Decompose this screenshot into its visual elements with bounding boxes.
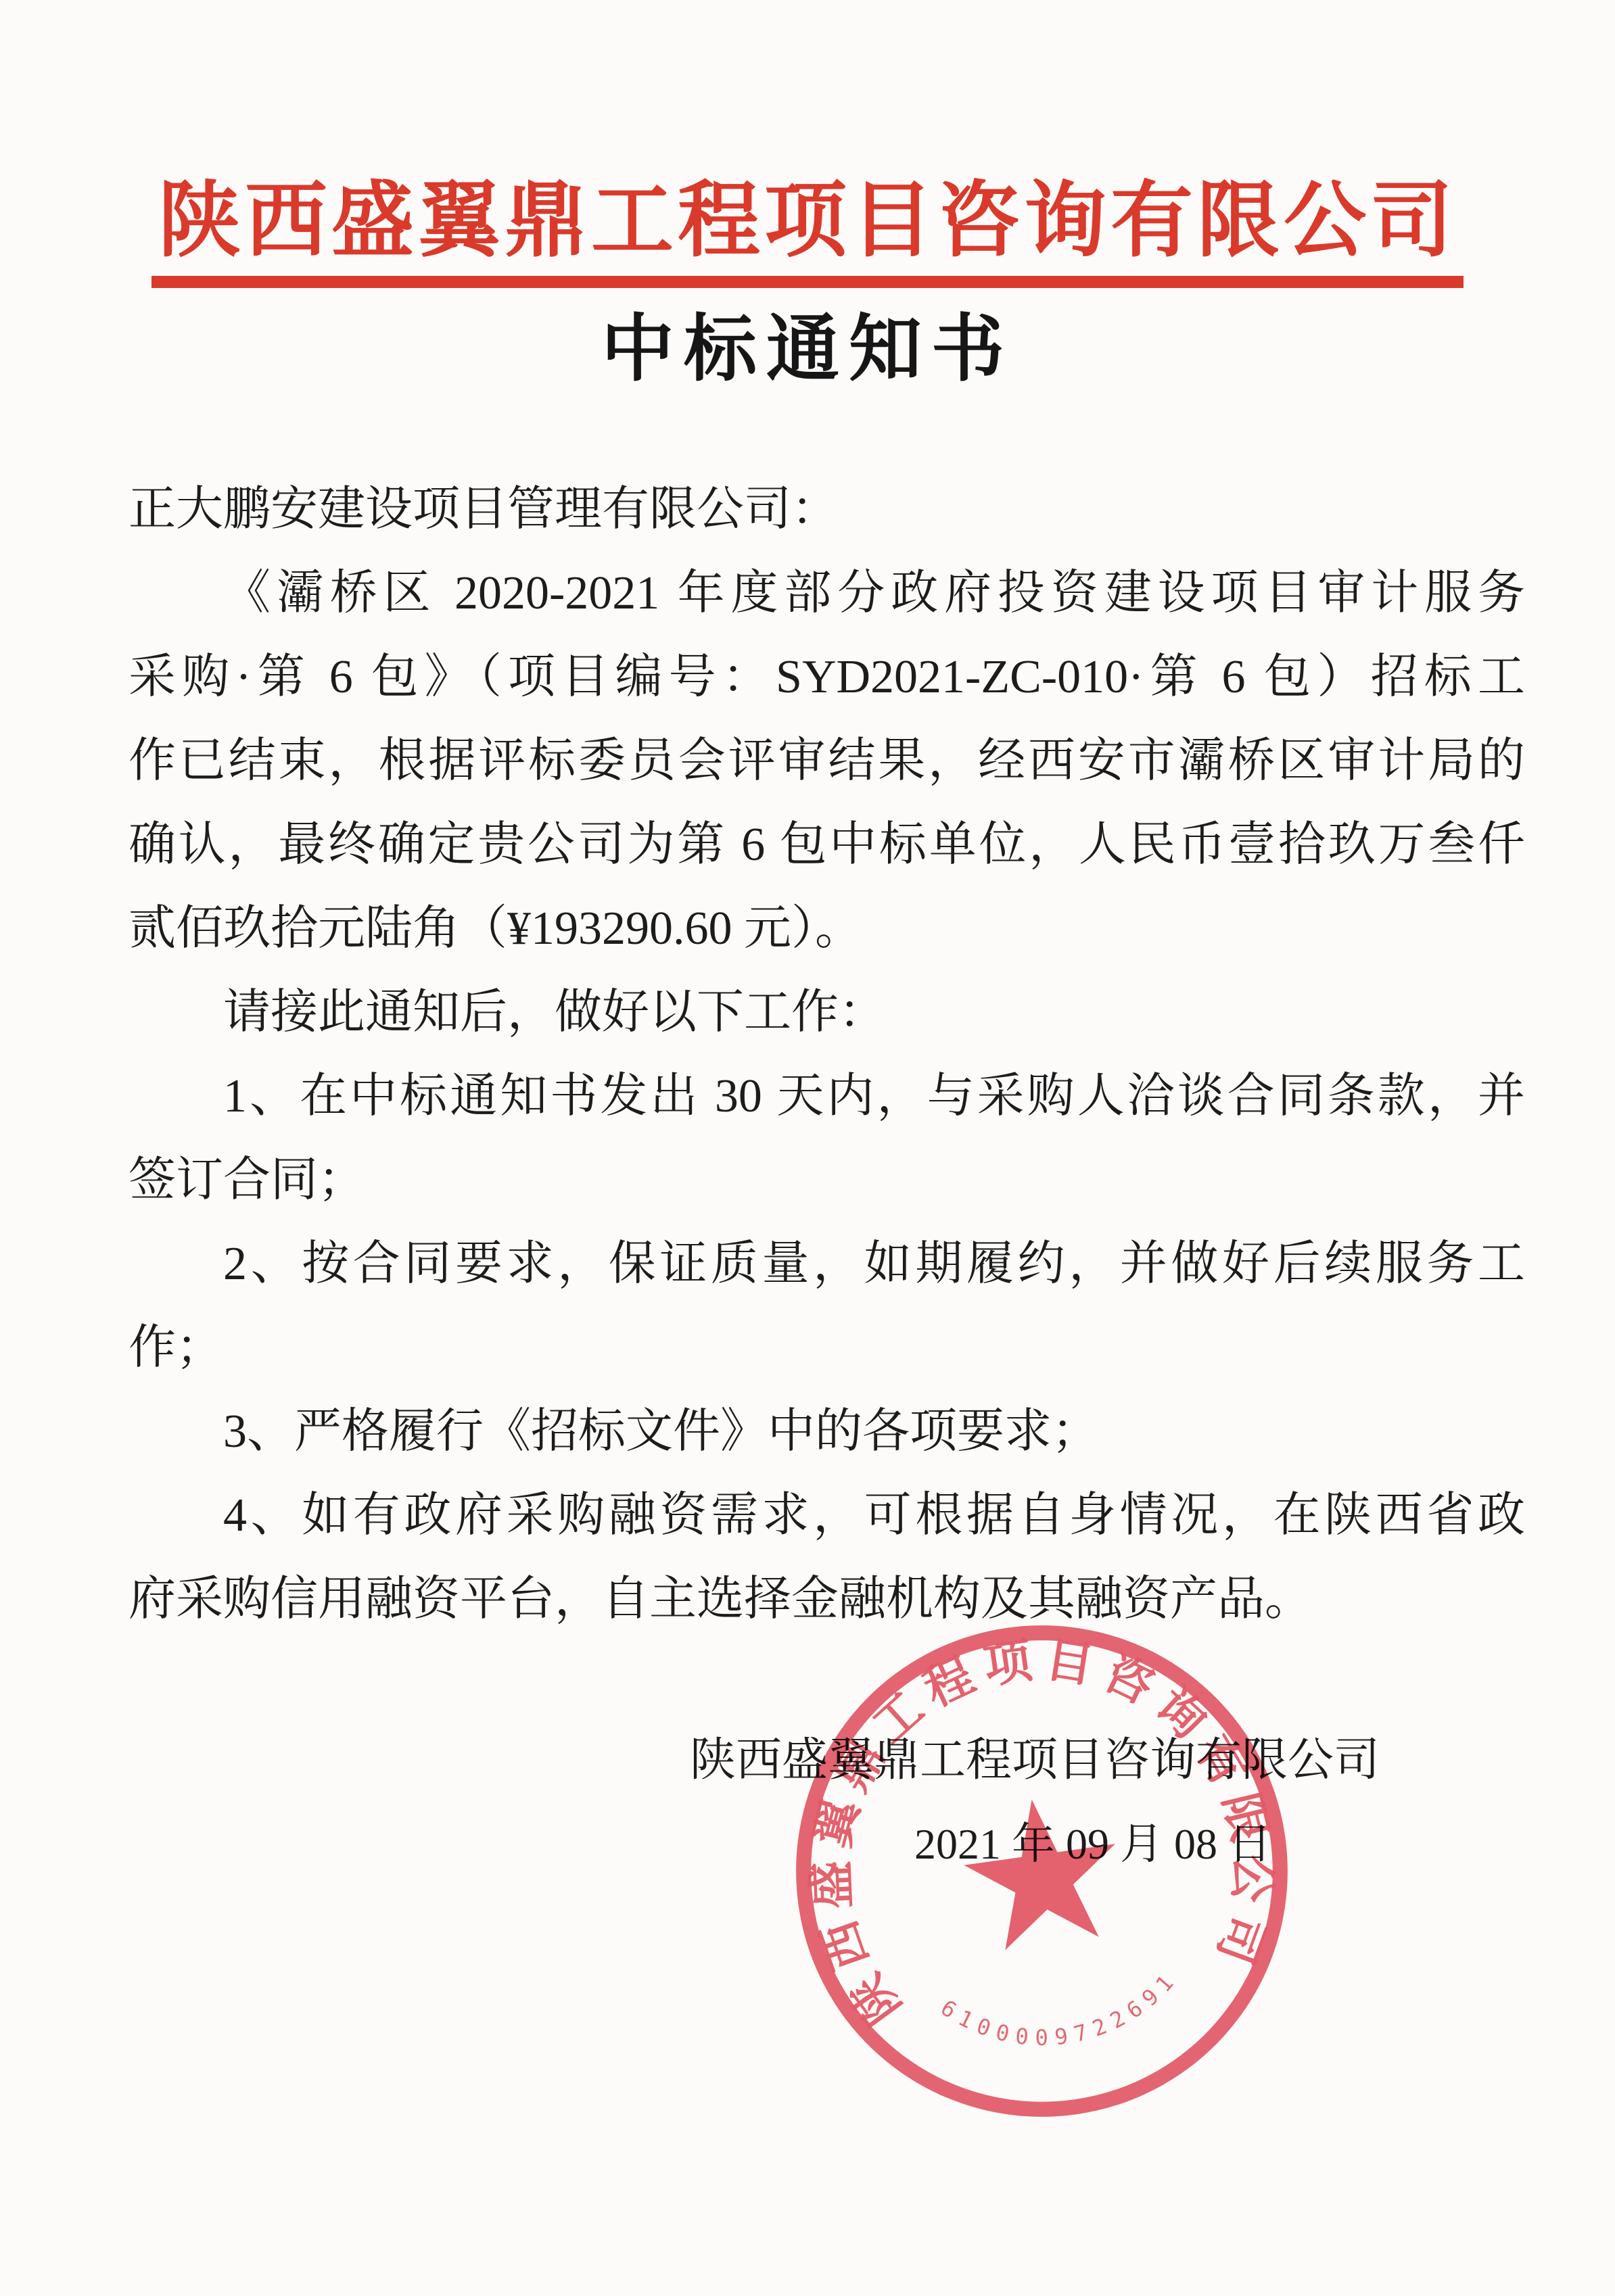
salutation-line: 正大鹏安建设项目管理有限公司： — [128, 468, 1525, 552]
body-line: 签订合同； — [128, 1139, 1525, 1222]
seal-serial-number: 6100009722691 — [933, 1963, 1190, 2067]
body-line: 《灞桥区 2020-2021 年度部分政府投资建设项目审计服务 — [128, 552, 1525, 636]
seal-star-icon — [956, 1789, 1128, 1954]
body-line: 请接此通知后，做好以下工作： — [128, 971, 1525, 1055]
body-line-item-3: 3、严格履行《招标文件》中的各项要求； — [128, 1390, 1525, 1474]
body-line: 采购·第 6 包》（项目编号：SYD2021-ZC-010·第 6 包）招标工 — [128, 636, 1525, 719]
document-body: 正大鹏安建设项目管理有限公司： 《灞桥区 2020-2021 年度部分政府投资建… — [128, 468, 1525, 1642]
body-line: 作已结束，根据评标委员会评审结果，经西安市灞桥区审计局的 — [128, 719, 1525, 803]
award-notice-document: 陕西盛翼鼎工程项目咨询有限公司 中标通知书 正大鹏安建设项目管理有限公司： 《灞… — [0, 0, 1615, 2296]
body-line-item-4: 4、如有政府采购融资需求，可根据自身情况，在陕西省政 — [128, 1474, 1525, 1558]
body-line: 府采购信用融资平台，自主选择金融机构及其融资产品。 — [128, 1558, 1525, 1642]
body-line: 确认，最终确定贵公司为第 6 包中标单位，人民币壹拾玖万叁仟 — [128, 803, 1525, 887]
company-seal: 陕西盛翼鼎工程项目咨询有限公司 6100009722691 — [749, 1579, 1334, 2163]
body-line: 作； — [128, 1306, 1525, 1390]
body-line: 贰佰玖拾元陆角（¥193290.60 元）。 — [128, 887, 1525, 971]
letterhead: 陕西盛翼鼎工程项目咨询有限公司 — [0, 174, 1615, 288]
company-seal-graphic: 陕西盛翼鼎工程项目咨询有限公司 6100009722691 — [749, 1579, 1334, 2163]
document-title: 中标通知书 — [0, 308, 1615, 392]
body-line-item-2: 2、按合同要求，保证质量，如期履约，并做好后续服务工 — [128, 1222, 1525, 1306]
company-letterhead-title: 陕西盛翼鼎工程项目咨询有限公司 — [151, 174, 1464, 288]
body-line-item-1: 1、在中标通知书发出 30 天内，与采购人洽谈合同条款，并 — [128, 1055, 1525, 1139]
